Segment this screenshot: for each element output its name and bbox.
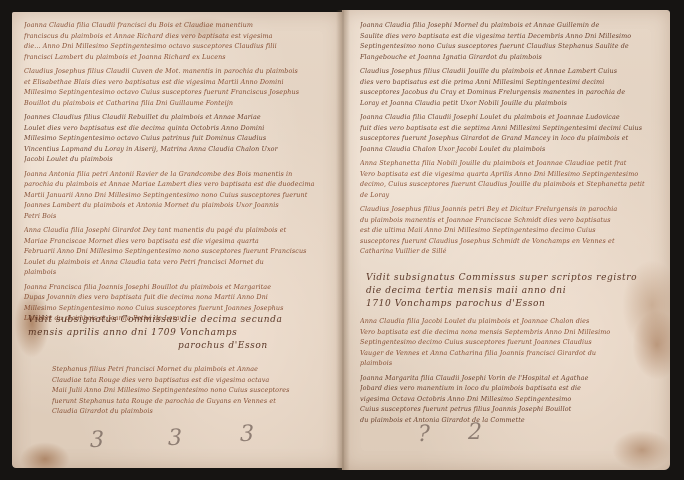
baptism-entry: Claudius Josephus filius Joannis petri B… bbox=[360, 204, 660, 257]
text-line: susceptores fuerunt Claudius Josephus Sc… bbox=[360, 236, 660, 247]
text-line: Claudius Josephus filius Claudii Jouille… bbox=[360, 66, 660, 77]
text-line: susceptores Jacobus du Cray et Dominus F… bbox=[360, 87, 660, 98]
baptism-entry: Joanna Claudia filia Claudii Josephi Lou… bbox=[360, 112, 660, 154]
baptism-entry: Claudius Josephus filius Claudii Jouille… bbox=[360, 66, 660, 108]
margin-mark: 3 bbox=[240, 422, 254, 447]
baptism-entry: Joanna Claudia filia Josephi Mornel du p… bbox=[360, 20, 660, 62]
text-line: Stephanus filius Petri francisci Mornet … bbox=[52, 364, 334, 375]
text-line: francisci Lambert du plaimbois et Joanna… bbox=[24, 52, 334, 63]
text-line: Martii Januarii Anno Dni Millesimo Septi… bbox=[24, 190, 334, 201]
baptism-entry: Joanna Claudia filia Claudii francisci d… bbox=[24, 20, 334, 62]
text-line: Jobard dies vero manentium in loco du pl… bbox=[360, 383, 660, 394]
text-line: Loulet dies vero baptisatus est die deci… bbox=[24, 123, 334, 134]
margin-mark: 2 bbox=[468, 420, 482, 445]
text-line: Mariae Franciscae Mornet dies vero bapti… bbox=[24, 236, 334, 247]
water-stain bbox=[20, 442, 70, 468]
text-line: franciscus du plaimbois et Annae Richard… bbox=[24, 31, 334, 42]
text-line: Millesimo Septingentesimo octavo Cuius s… bbox=[24, 87, 334, 98]
text-line: Vincentius Lapmand du Loray in Aiserij, … bbox=[24, 144, 334, 155]
text-line: decimo, Cuius susceptores fuerunt Claudi… bbox=[360, 179, 660, 190]
text-line: Loray et Joanna Claudia petit Uxor Nobil… bbox=[360, 98, 660, 109]
baptism-entry: Joanna Margarita filia Claudii Josephi V… bbox=[360, 373, 660, 426]
margin-mark: ? bbox=[418, 422, 430, 447]
text-line: Millesimo Septingentesimo nono Cuius sus… bbox=[24, 303, 334, 314]
text-line: et Elisabethae Blais dies vero baptisatu… bbox=[24, 77, 334, 88]
text-line: Cuius susceptores fuerunt petrus filius … bbox=[360, 404, 660, 415]
text-line: Joanna Francisca filia Joannis Josephi B… bbox=[24, 282, 334, 293]
text-line: susceptores fuerunt Josephus Girardot de… bbox=[360, 133, 660, 144]
text-line: Joanna Claudia filia Claudii francisci d… bbox=[24, 20, 334, 31]
baptism-entry: Joannes Claudius filius Claudii Rebuille… bbox=[24, 112, 334, 165]
text-line: Vauger de Vennes et Anna Catharina filia… bbox=[360, 348, 660, 359]
text-line: plaimbois bbox=[360, 358, 660, 369]
text-line: Millesimo Septingentesimo octavo Cuius p… bbox=[24, 133, 334, 144]
text-line: Vero baptisata est die decima nona mensi… bbox=[360, 327, 660, 338]
text-line: Flangebouche et Joanna Ignatia Girardot … bbox=[360, 52, 660, 63]
annotation-line: Vidit subsignatus Commissus super script… bbox=[366, 272, 662, 285]
text-line: Februarii Anno Dni Millesimo Septingente… bbox=[24, 246, 334, 257]
text-line: fuit dies vero baptisata est die septima… bbox=[360, 123, 660, 134]
text-line: est die ultima Maii Anno Dni Millesimo S… bbox=[360, 225, 660, 236]
visitation-annotation: Vidit subsignatus Commissus super script… bbox=[366, 272, 662, 311]
text-line: Claudia Girardot du plaimbois bbox=[52, 406, 334, 417]
text-line: Claudius Josephus filius Joannis petri B… bbox=[360, 204, 660, 215]
visitation-annotation: Vidit subsignatus Commissus die decima s… bbox=[28, 314, 336, 353]
text-line: du plaimbois et Antonia Girardot de la C… bbox=[360, 415, 660, 426]
text-line: Claudiae tata Rouge dies vero baptisatus… bbox=[52, 375, 334, 386]
water-stain bbox=[612, 430, 670, 470]
text-line: Joannes Lambert du plaimbois et Antonia … bbox=[24, 200, 334, 211]
text-line: parochia du plaimbois et Annae Mariae La… bbox=[24, 179, 334, 190]
left-entries: Joanna Claudia filia Claudii francisci d… bbox=[24, 20, 334, 328]
annotation-line: 1710 Vonchamps parochus d'Esson bbox=[366, 298, 662, 311]
book-gutter bbox=[336, 10, 350, 470]
right-page: Joanna Claudia filia Josephi Mornel du p… bbox=[342, 10, 670, 470]
text-line: Joannes Claudius filius Claudii Rebuille… bbox=[24, 112, 334, 123]
annotation-line: parochus d'Esson bbox=[28, 340, 336, 353]
text-line: Catharina Vuillier de Sillé bbox=[360, 246, 660, 257]
text-line: plaimbois bbox=[24, 267, 334, 278]
baptism-entry: Anna Stephanetta filia Nobili Jouille du… bbox=[360, 158, 660, 200]
text-line: Joanna Claudia filia Claudii Josephi Lou… bbox=[360, 112, 660, 123]
text-line: de Loray bbox=[360, 190, 660, 201]
text-line: Petri Bois bbox=[24, 211, 334, 222]
text-line: Anna Claudia filia Josephi Girardot Dey … bbox=[24, 225, 334, 236]
annotation-line: die decima tertia mensis maii anno dni bbox=[366, 285, 662, 298]
annotation-line: mensis aprilis anno dni 1709 Vonchamps bbox=[28, 327, 336, 340]
text-line: Saulite dies vero baptisata est die vige… bbox=[360, 31, 660, 42]
baptism-entry: Anna Claudia filia Josephi Girardot Dey … bbox=[24, 225, 334, 278]
text-line: Dupas Jovannin dies vero baptisata fuit … bbox=[24, 292, 334, 303]
text-line: dies vero baptisatus est die prima Anni … bbox=[360, 77, 660, 88]
right-entries-after: Anna Claudia filia Jacobi Loulet du plai… bbox=[360, 316, 660, 429]
baptism-entry: Anna Claudia filia Jacobi Loulet du plai… bbox=[360, 316, 660, 369]
baptism-entry: Claudius Josephus filius Claudii Cuven d… bbox=[24, 66, 334, 108]
right-entries: Joanna Claudia filia Josephi Mornel du p… bbox=[360, 20, 660, 261]
text-line: Claudius Josephus filius Claudii Cuven d… bbox=[24, 66, 334, 77]
text-line: Jacobi Loulet du plaimbois bbox=[24, 154, 334, 165]
text-line: Joanna Claudia filia Josephi Mornel du p… bbox=[360, 20, 660, 31]
baptism-entry: Stephanus filius Petri francisci Mornet … bbox=[52, 364, 334, 417]
text-line: Anna Stephanetta filia Nobili Jouille du… bbox=[360, 158, 660, 169]
text-line: Maii Julii Anno Dni Millesimo Septingent… bbox=[52, 385, 334, 396]
text-line: vigesima Octava Octobris Anno Dni Milles… bbox=[360, 394, 660, 405]
left-entries-after: Stephanus filius Petri francisci Mornet … bbox=[52, 364, 334, 421]
text-line: Septingentesimo decimo Cuius susceptores… bbox=[360, 337, 660, 348]
margin-mark: 3 bbox=[90, 428, 104, 453]
open-book: Joanna Claudia filia Claudii francisci d… bbox=[0, 0, 684, 480]
annotation-line: Vidit subsignatus Commissus die decima s… bbox=[28, 314, 336, 327]
text-line: Joanna Margarita filia Claudii Josephi V… bbox=[360, 373, 660, 384]
text-line: Joanna Antonia filia petri Antonii Ravie… bbox=[24, 169, 334, 180]
text-line: Vero baptisata est die vigesima quarta A… bbox=[360, 169, 660, 180]
baptism-entry: Joanna Antonia filia petri Antonii Ravie… bbox=[24, 169, 334, 222]
text-line: fuerunt Stephanus tata Rouge de parochia… bbox=[52, 396, 334, 407]
text-line: du plaimbois manentis et Joannae Francis… bbox=[360, 215, 660, 226]
margin-mark: 3 bbox=[168, 426, 182, 451]
text-line: Anna Claudia filia Jacobi Loulet du plai… bbox=[360, 316, 660, 327]
text-line: Bouillot du plaimbois et Catharina filia… bbox=[24, 98, 334, 109]
left-page: Joanna Claudia filia Claudii francisci d… bbox=[12, 12, 342, 468]
text-line: Septingentesimo nono Cuius susceptores f… bbox=[360, 41, 660, 52]
text-line: Joanna Claudia Chalon Uxor Jacobi Loulet… bbox=[360, 144, 660, 155]
text-line: Loulet du plaimbois et Anna Claudia tata… bbox=[24, 257, 334, 268]
text-line: die... Anno Dni Millesimo Septingentesim… bbox=[24, 41, 334, 52]
